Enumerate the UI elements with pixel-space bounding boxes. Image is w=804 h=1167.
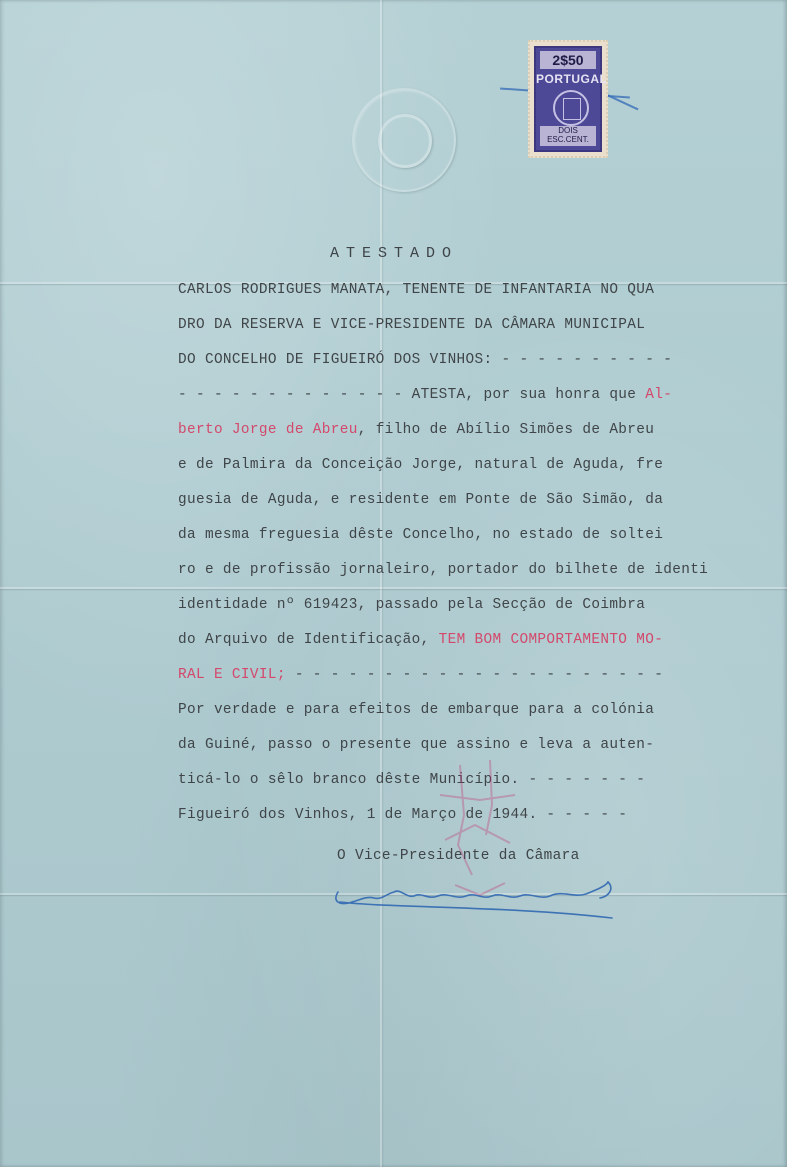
document-paper: 2$50 PORTUGAL DOIS ESC.CENT. ATESTADO CA… xyxy=(0,0,787,1167)
highlighted-text: TEM BOM COMPORTAMENTO MO- xyxy=(439,632,664,648)
signatory-title: O Vice-Presidente da Câmara xyxy=(337,848,580,864)
document-line: identidade nº 619423, passado pela Secçã… xyxy=(178,597,645,613)
document-line: - - - - - - - - - - - - - ATESTA, por su… xyxy=(178,387,672,403)
stamp-denomination: DOIS ESC.CENT. xyxy=(540,126,596,146)
line-text: - - - - - - - - - - - - - ATESTA, por su… xyxy=(178,387,645,403)
embossed-seal-icon xyxy=(352,88,456,192)
line-text: , filho de Abílio Simões de Abreu xyxy=(358,422,655,438)
line-text: - - - - - - - - - - - - - - - - - - - - … xyxy=(286,667,663,683)
highlighted-text: RAL E CIVIL; xyxy=(178,667,286,683)
document-line: Figueiró dos Vinhos, 1 de Março de 1944.… xyxy=(178,807,627,823)
revenue-stamp: 2$50 PORTUGAL DOIS ESC.CENT. xyxy=(528,40,608,158)
document-line: da mesma freguesia dêste Concelho, no es… xyxy=(178,527,663,543)
document-line: RAL E CIVIL; - - - - - - - - - - - - - -… xyxy=(178,667,663,683)
highlighted-text: Al- xyxy=(645,387,672,403)
line-text: ro e de profissão jornaleiro, portador d… xyxy=(178,562,708,578)
line-text: CARLOS RODRIGUES MANATA, TENENTE DE INFA… xyxy=(178,282,654,298)
line-text: da mesma freguesia dêste Concelho, no es… xyxy=(178,527,663,543)
document-title: ATESTADO xyxy=(330,245,458,262)
coat-of-arms-icon xyxy=(553,90,589,126)
document-line: Por verdade e para efeitos de embarque p… xyxy=(178,702,654,718)
document-line: DRO DA RESERVA E VICE-PRESIDENTE DA CÂMA… xyxy=(178,317,645,333)
stamp-value: 2$50 xyxy=(540,51,596,69)
document-line: do Arquivo de Identificação, TEM BOM COM… xyxy=(178,632,663,648)
document-line: da Guiné, passo o presente que assino e … xyxy=(178,737,654,753)
revenue-stamp-design: 2$50 PORTUGAL DOIS ESC.CENT. xyxy=(534,46,602,152)
line-text: identidade nº 619423, passado pela Secçã… xyxy=(178,597,645,613)
line-text: DO CONCELHO DE FIGUEIRÓ DOS VINHOS: - - … xyxy=(178,352,672,368)
line-text: guesia de Aguda, e residente em Ponte de… xyxy=(178,492,663,508)
document-line: ticá-lo o sêlo branco dêste Município. -… xyxy=(178,772,645,788)
document-line: e de Palmira da Conceição Jorge, natural… xyxy=(178,457,663,473)
line-text: da Guiné, passo o presente que assino e … xyxy=(178,737,654,753)
highlighted-text: berto Jorge de Abreu xyxy=(178,422,358,438)
line-text: e de Palmira da Conceição Jorge, natural… xyxy=(178,457,663,473)
document-line: CARLOS RODRIGUES MANATA, TENENTE DE INFA… xyxy=(178,282,654,298)
document-line: DO CONCELHO DE FIGUEIRÓ DOS VINHOS: - - … xyxy=(178,352,672,368)
line-text: ticá-lo o sêlo branco dêste Município. -… xyxy=(178,772,645,788)
fold-crease xyxy=(0,587,787,589)
line-text: DRO DA RESERVA E VICE-PRESIDENTE DA CÂMA… xyxy=(178,317,645,333)
line-text: Figueiró dos Vinhos, 1 de Março de 1944.… xyxy=(178,807,627,823)
line-text: Por verdade e para efeitos de embarque p… xyxy=(178,702,654,718)
document-line: guesia de Aguda, e residente em Ponte de… xyxy=(178,492,663,508)
document-line: berto Jorge de Abreu, filho de Abílio Si… xyxy=(178,422,654,438)
signature-icon xyxy=(330,872,620,922)
document-line: ro e de profissão jornaleiro, portador d… xyxy=(178,562,708,578)
line-text: do Arquivo de Identificação, xyxy=(178,632,439,648)
stamp-country: PORTUGAL xyxy=(536,72,600,86)
